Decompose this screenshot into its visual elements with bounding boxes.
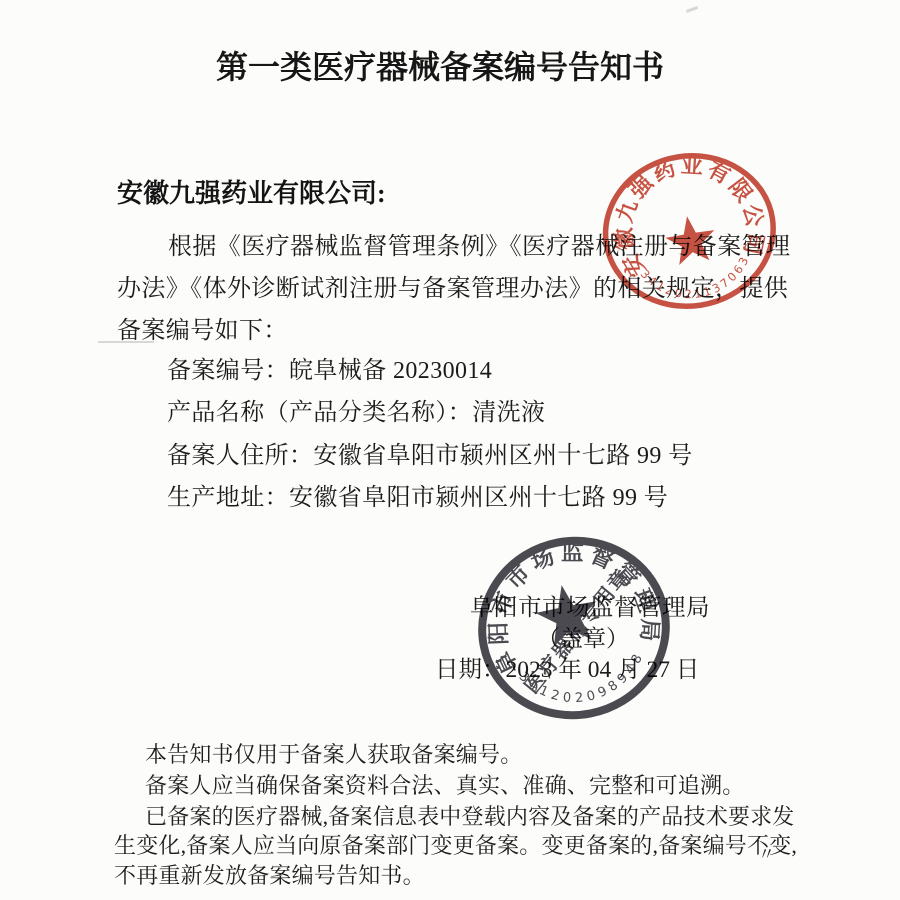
detail-filing-number: 备案编号：皖阜械备 20230014: [167, 350, 492, 385]
detail-label: 备案编号：: [167, 358, 289, 384]
body-line: 备案编号如下：: [117, 310, 288, 345]
document-page: 第一类医疗器械备案编号告知书 安徽九强药业有限公司: 根据《医疗器械监督管理条例…: [0, 0, 900, 900]
detail-label: 备案人住所：: [167, 443, 313, 469]
footer-line: 不再重新发放备案编号告知书。: [114, 859, 425, 890]
detail-value: 皖阜械备 20230014: [289, 358, 492, 384]
detail-label: 生产地址：: [167, 485, 289, 511]
footer-line: 本告知书仅用于备案人获取备案编号。: [145, 738, 522, 769]
scan-artifact-speck: [686, 6, 698, 13]
detail-label: 产品名称（产品分类名称）：: [167, 400, 472, 426]
stray-mark: 〃: [758, 840, 773, 865]
detail-filer-address: 备案人住所：安徽省阜阳市颍州区州十七路 99 号: [167, 435, 693, 470]
detail-value: 安徽省阜阳市颍州区州十七路 99 号: [313, 443, 692, 469]
recipient-name: 安徽九强药业有限公司:: [117, 173, 386, 210]
detail-production-address: 生产地址：安徽省阜阳市颍州区州十七路 99 号: [167, 477, 668, 512]
footer-line: 生变化,备案人应当向原备案部门变更备案。变更备案的,备案编号不变,: [114, 829, 797, 860]
detail-value: 清洗液: [472, 400, 545, 426]
scan-artifact-line: [98, 341, 154, 343]
authority-seal-icon: 阜阳市市场监督管理局 341202098948 医疗器械专用章: [457, 511, 691, 745]
detail-value: 安徽省阜阳市颍州区州十七路 99 号: [289, 485, 668, 511]
company-seal-icon: 安徽九强药业有限公司 3412021137063: [581, 126, 798, 343]
footer-line: 备案人应当确保备案资料合法、真实、准确、完整和可追溯。: [145, 769, 744, 800]
footer-line: 已备案的医疗器械,备案信息表中登载内容及备案的产品技术要求发: [145, 800, 795, 831]
detail-product-name: 产品名称（产品分类名称）：清洗液: [167, 392, 545, 427]
star-icon: [663, 212, 719, 266]
page-title: 第一类医疗器械备案编号告知书: [0, 42, 880, 88]
